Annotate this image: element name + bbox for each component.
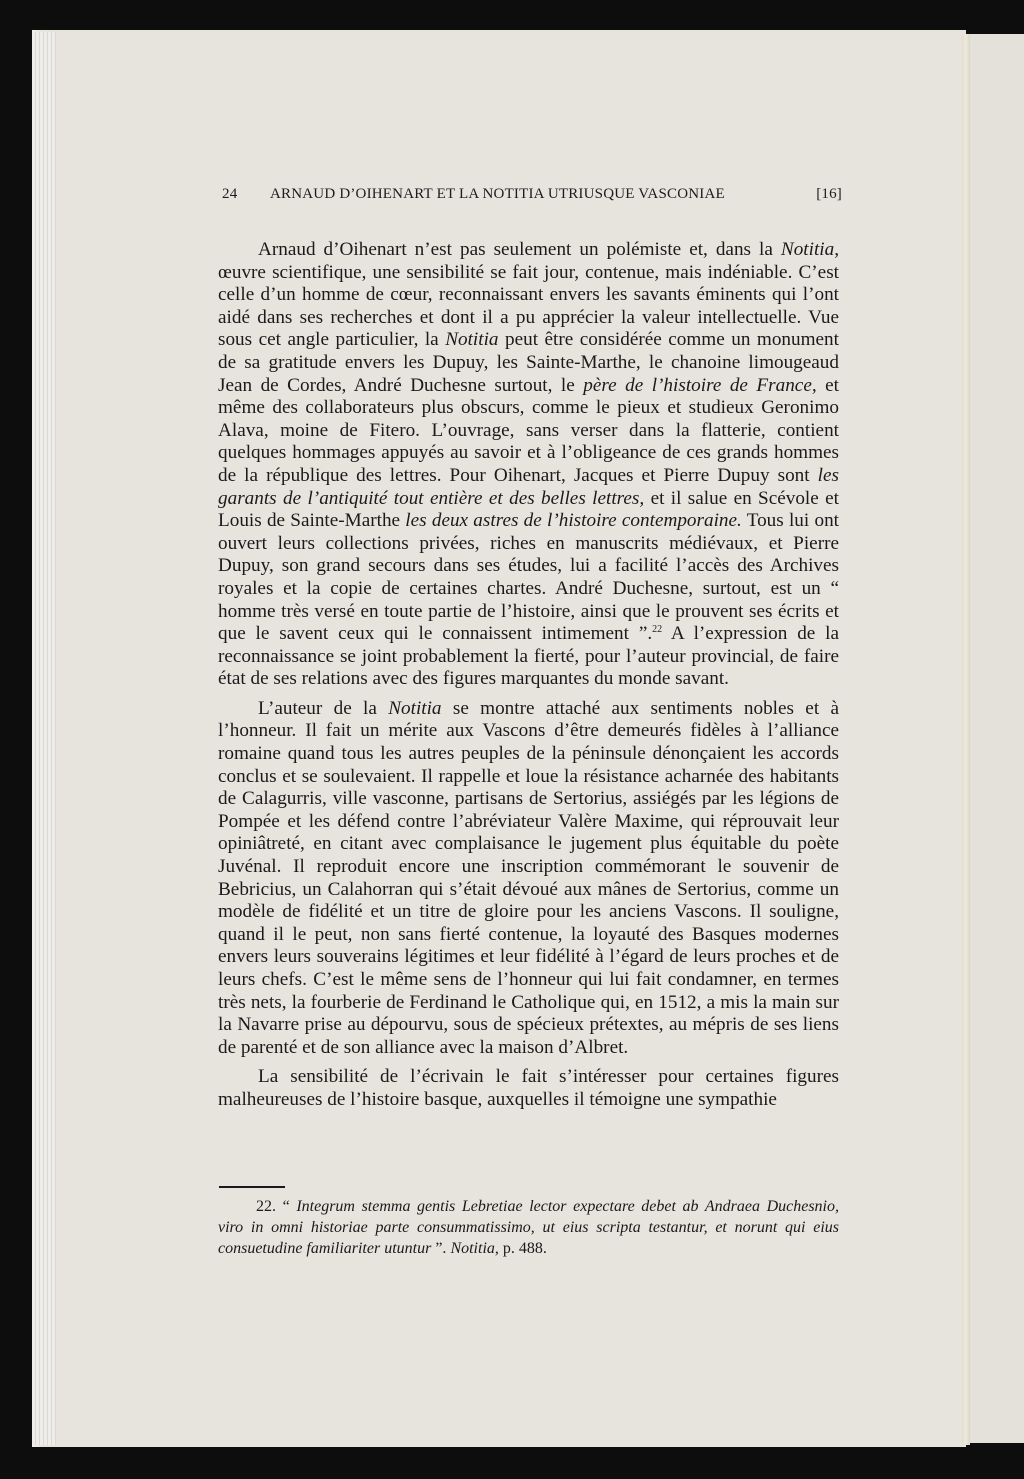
running-header: 24 ARNAUD D’OIHENART ET LA NOTITIA UTRIU… [222, 186, 842, 206]
paragraph: L’auteur de la Notitia se montre attaché… [218, 698, 839, 1060]
text-run: La sensibilité de l’écrivain le fait s’i… [218, 1066, 839, 1110]
body-text: Arnaud d’Oihenart n’est pas seulement un… [218, 239, 839, 1112]
text-run: 22. “ [256, 1198, 296, 1215]
footnotes: 22. “ Integrum stemma gentis Lebretiae l… [218, 1196, 839, 1259]
italic-text: Notitia [445, 329, 498, 350]
italic-text: Notitia [388, 698, 441, 719]
footnote-22: 22. “ Integrum stemma gentis Lebretiae l… [218, 1196, 839, 1259]
paragraph: Arnaud d’Oihenart n’est pas seulement un… [218, 239, 839, 691]
footnote-ref: 22 [652, 624, 662, 635]
italic-text: père de l’histoire de France, [583, 375, 816, 396]
text-run: ”. [431, 1240, 450, 1257]
italic-text: les deux astres de l’histoire contempora… [405, 510, 742, 531]
facing-page-edge [968, 34, 1024, 1443]
paragraph: La sensibilité de l’écrivain le fait s’i… [218, 1066, 839, 1111]
text-run: Arnaud d’Oihenart n’est pas seulement un… [258, 239, 781, 260]
text-run: , p. 488. [495, 1240, 547, 1257]
footnote-separator [219, 1186, 285, 1188]
page-number: 24 [222, 186, 237, 203]
text-run: L’auteur de la [258, 698, 388, 719]
running-title: ARNAUD D’OIHENART ET LA NOTITIA UTRIUSQU… [270, 186, 725, 203]
page-stack-edges [32, 32, 56, 1445]
italic-text: Notitia, [781, 239, 839, 260]
book-gutter [962, 34, 970, 1445]
text-run: se montre attaché aux sentiments nobles … [218, 698, 839, 1058]
section-number: [16] [816, 186, 842, 203]
italic-text: Notitia [450, 1240, 494, 1257]
